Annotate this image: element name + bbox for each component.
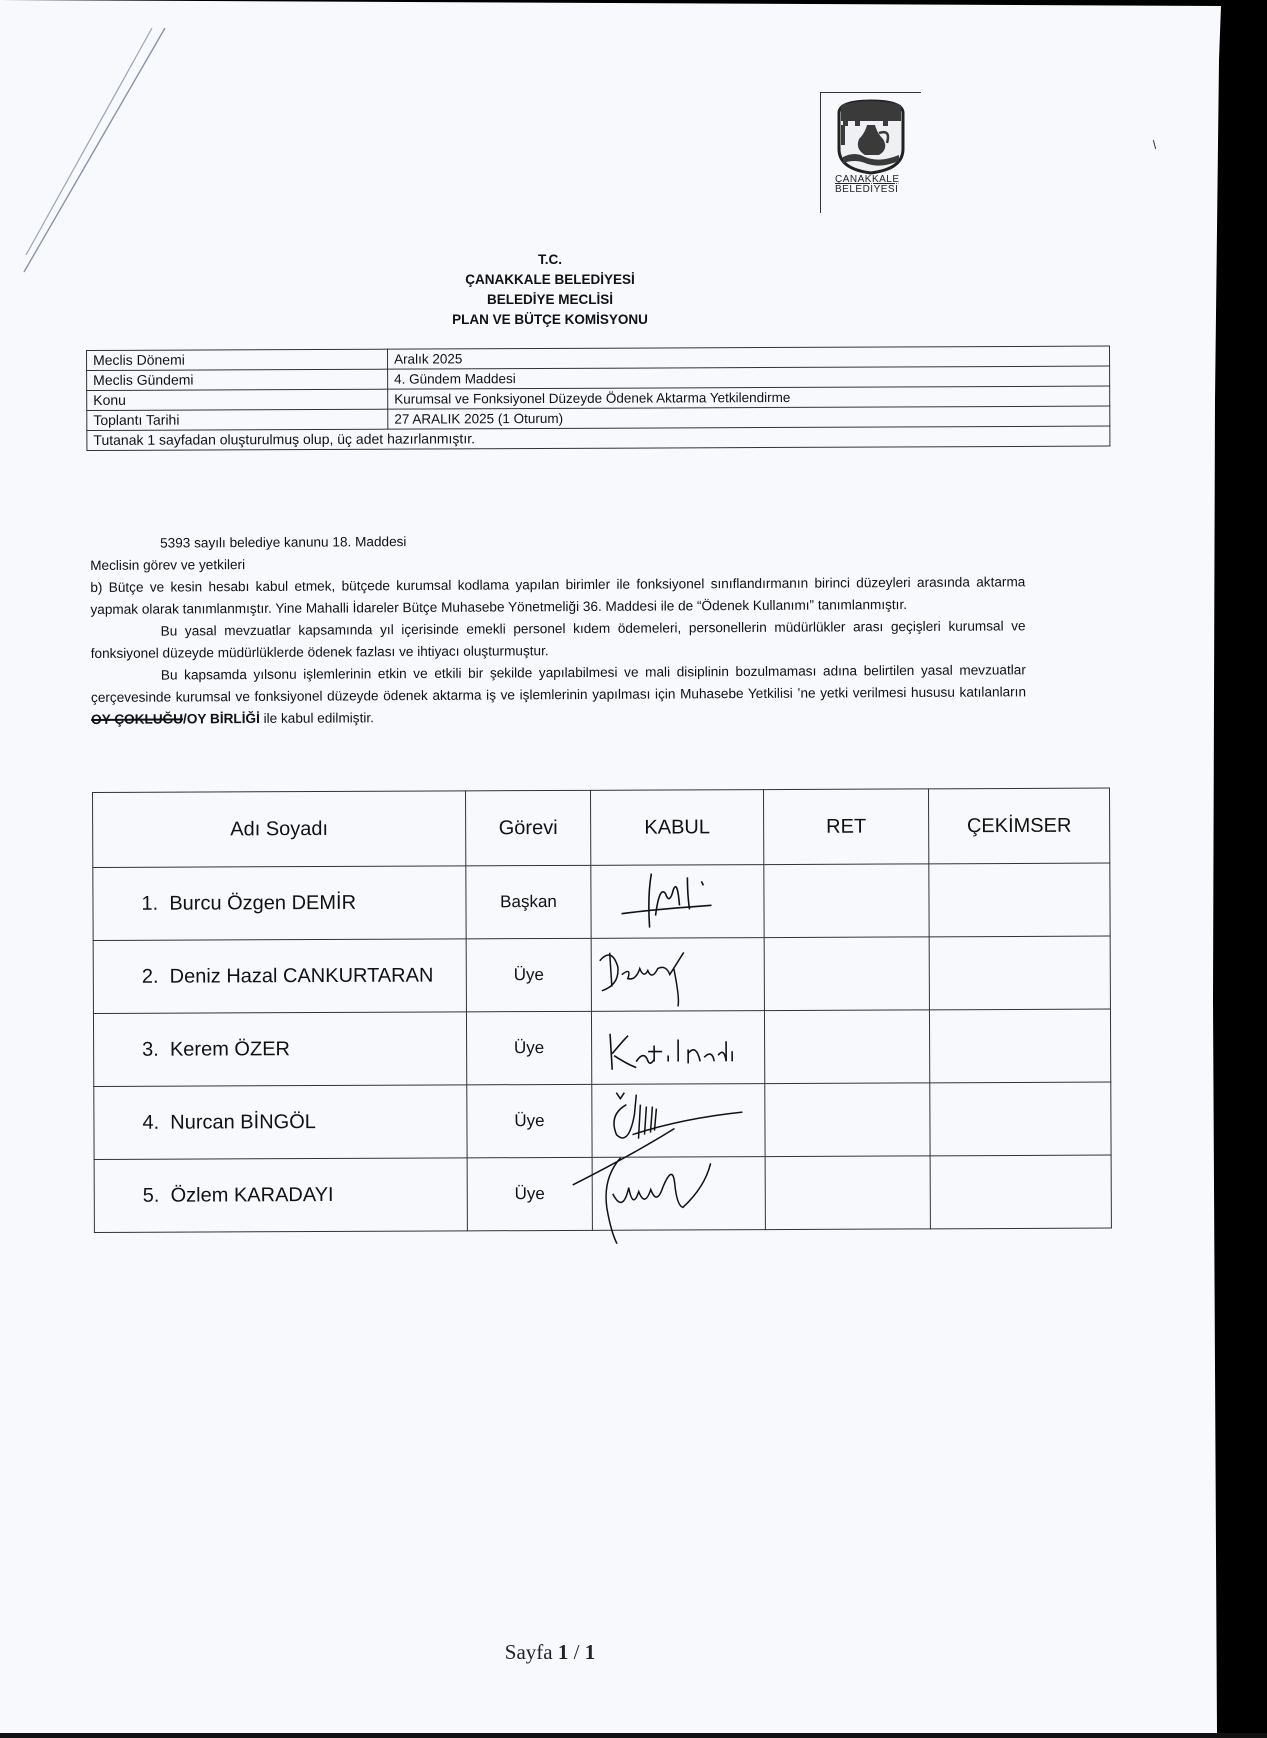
- heading-line4: PLAN VE BÜTÇE KOMİSYONU: [380, 310, 720, 330]
- header-ret: RET: [763, 789, 928, 865]
- ret-cell: [765, 1156, 930, 1230]
- cekimser-cell: [929, 936, 1110, 1010]
- member-name-text: Burcu Özgen DEMİR: [169, 891, 356, 914]
- signature-icon: [592, 938, 762, 1009]
- document-heading: T.C. ÇANAKKALE BELEDİYESİ BELEDİYE MECLİ…: [380, 250, 720, 330]
- row-number: 1.: [141, 892, 158, 914]
- body-paragraph-3: Bu kapsamda yılsonu işlemlerinin etkin v…: [91, 659, 1026, 731]
- page-number: Sayfa 1 / 1: [0, 1640, 1100, 1665]
- page-sep: /: [574, 1640, 580, 1664]
- member-name: 1. Burcu Özgen DEMİR: [93, 866, 466, 941]
- member-name-text: Nurcan BİNGÖL: [170, 1111, 316, 1134]
- page-total: 1: [585, 1640, 596, 1664]
- para3-text: Bu kapsamda yılsonu işlemlerinin etkin v…: [91, 662, 1026, 705]
- heading-line2: ÇANAKKALE BELEDİYESİ: [380, 270, 720, 290]
- cekimser-cell: [930, 1082, 1111, 1156]
- heading-line1: T.C.: [380, 250, 720, 270]
- page-label: Sayfa: [505, 1640, 553, 1664]
- member-name: 5. Özlem KARADAYI: [94, 1158, 467, 1233]
- municipality-logo: ÇANAKKALE BELEDİYESİ: [820, 92, 921, 213]
- body-paragraph-2: Bu yasal mevzuatlar kapsamında yıl içeri…: [91, 615, 1026, 665]
- ret-cell: [764, 1010, 929, 1084]
- row-number: 3.: [142, 1038, 159, 1060]
- info-footer-row: Tutanak 1 sayfadan oluşturulmuş olup, üç…: [87, 426, 1110, 450]
- para3-end: ile kabul edilmiştir.: [260, 710, 374, 726]
- handwritten-note: [591, 1011, 764, 1085]
- signature-icon: [593, 1157, 763, 1228]
- cekimser-cell: [929, 1009, 1110, 1083]
- logo-caption: ÇANAKKALE BELEDİYESİ: [835, 175, 915, 195]
- table-row: 2. Deniz Hazal CANKURTARAN Üye: [93, 936, 1110, 1013]
- body-text: 5393 sayılı belediye kanunu 18. Maddesi …: [90, 527, 1026, 731]
- row-number: 5.: [143, 1184, 160, 1206]
- member-role: Üye: [466, 938, 591, 1012]
- member-role: Üye: [466, 1011, 591, 1085]
- header-name: Adı Soyadı: [93, 791, 466, 868]
- ret-cell: [764, 864, 929, 938]
- header-role: Görevi: [465, 790, 590, 866]
- vote-header-row: Adı Soyadı Görevi KABUL RET ÇEKİMSER: [93, 788, 1110, 867]
- logo-line2: BELEDİYESİ: [835, 185, 915, 195]
- ret-cell: [764, 937, 929, 1011]
- amphora-castle-emblem-icon: [835, 99, 907, 175]
- vote-table: Adı Soyadı Görevi KABUL RET ÇEKİMSER 1. …: [92, 788, 1112, 1233]
- row-number: 4.: [142, 1111, 159, 1133]
- info-label: Meclis Dönemi: [87, 349, 388, 370]
- member-role: Başkan: [466, 865, 591, 939]
- signature-icon: [591, 865, 761, 936]
- pencil-mark: [0, 0, 200, 280]
- member-name: 2. Deniz Hazal CANKURTARAN: [93, 939, 466, 1014]
- table-row: 3. Kerem ÖZER Üye: [93, 1009, 1110, 1086]
- stray-mark: [1153, 140, 1156, 149]
- info-label: Toplantı Tarihi: [87, 409, 388, 430]
- row-number: 2.: [142, 965, 159, 987]
- header-kabul: KABUL: [590, 790, 763, 866]
- signature-icon: [592, 1084, 762, 1155]
- struck-vote-type: OY ÇOKLUĞU: [91, 711, 183, 727]
- signature-cell: [591, 865, 764, 939]
- member-role: Üye: [467, 1157, 592, 1231]
- document-page: ÇANAKKALE BELEDİYESİ T.C. ÇANAKKALE BELE…: [0, 0, 1221, 1733]
- signature-cell: [591, 938, 764, 1012]
- heading-line3: BELEDİYE MECLİSİ: [380, 290, 720, 310]
- table-row: 5. Özlem KARADAYI Üye: [94, 1155, 1111, 1232]
- vote-type: OY BİRLİĞİ: [187, 711, 260, 726]
- cekimser-cell: [930, 1155, 1111, 1229]
- signature-cell: [592, 1084, 765, 1158]
- header-cekimser: ÇEKİMSER: [928, 788, 1109, 864]
- signature-cell: [592, 1157, 765, 1231]
- member-name-text: Kerem ÖZER: [170, 1038, 290, 1061]
- member-name-text: Deniz Hazal CANKURTARAN: [170, 964, 434, 987]
- ret-cell: [765, 1083, 930, 1157]
- handwriting-katilmadi: [592, 1011, 762, 1082]
- member-role: Üye: [467, 1084, 592, 1158]
- member-name: 4. Nurcan BİNGÖL: [94, 1085, 467, 1160]
- info-label: Konu: [87, 389, 388, 410]
- info-label: Meclis Gündemi: [87, 369, 388, 390]
- member-name: 3. Kerem ÖZER: [93, 1012, 466, 1087]
- member-name-text: Özlem KARADAYI: [171, 1183, 334, 1206]
- table-row: 4. Nurcan BİNGÖL Üye: [94, 1082, 1111, 1159]
- page-current: 1: [558, 1640, 569, 1664]
- scan-edge: [0, 1733, 1267, 1738]
- cekimser-cell: [929, 863, 1110, 937]
- info-footer-note: Tutanak 1 sayfadan oluşturulmuş olup, üç…: [87, 426, 1110, 450]
- meeting-info-table: Meclis Dönemi Aralık 2025 Meclis Gündemi…: [86, 346, 1110, 451]
- table-row: 1. Burcu Özgen DEMİR Başkan: [93, 863, 1110, 940]
- body-paragraph-1: b) Bütçe ve kesin hesabı kabul etmek, bü…: [90, 571, 1025, 621]
